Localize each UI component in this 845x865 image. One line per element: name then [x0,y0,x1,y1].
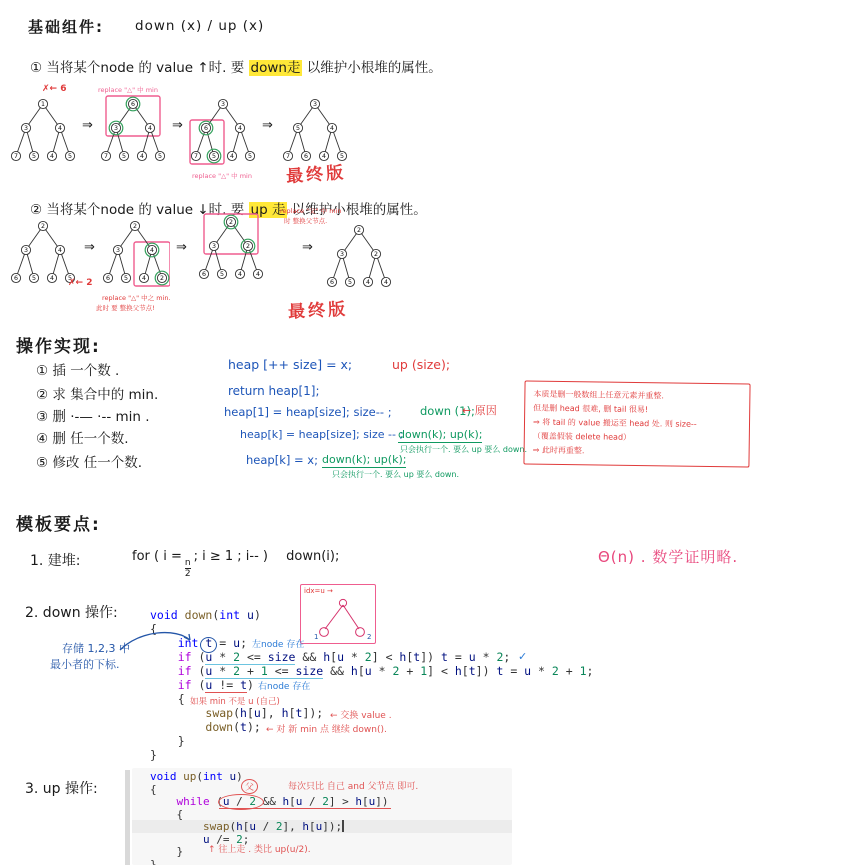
svg-text:4: 4 [384,279,388,286]
svg-text:4: 4 [50,153,54,160]
svg-text:4: 4 [150,247,154,254]
build-heap-label: 1. 建堆: [30,550,81,570]
op-item-5: ⑤ 修改 任一个数. [36,451,142,471]
svg-text:7: 7 [194,153,198,160]
op-5-note: 只会执行一个. 要么 up 要么 down. [332,469,459,480]
svg-text:5: 5 [212,153,216,160]
build-heap-code: for ( i =n2; i ≥ 1 ; i-- ) down(i); [132,549,339,579]
fraction-numerator: n [185,559,191,568]
build-down-call: down(i); [286,549,339,564]
heap-tree-diagram: 2346542 [100,216,170,294]
svg-text:4: 4 [140,153,144,160]
op-2-label: 求 集合中的 min. [52,387,158,403]
svg-text:4: 4 [256,271,260,278]
reason-box: 本质是删一般数组上任意元素并重整. 但是删 head 很难, 删 tail 很易… [523,380,750,467]
complexity-note: Θ(n) . 数学证明略. [598,546,738,567]
point-1-text-post: 以维护小根堆的属性。 [307,60,442,76]
svg-text:4: 4 [366,279,370,286]
parent-annotation: 父 [241,779,258,794]
svg-text:3: 3 [116,247,120,254]
if-note: 如果 min 不是 u (自己) [190,695,280,707]
svg-text:6: 6 [106,275,110,282]
svg-text:4: 4 [238,271,242,278]
arrow-icon: ⇒ [172,118,183,133]
point-1-highlight: down走 [249,60,303,76]
svg-text:2: 2 [133,223,137,230]
fraction-denominator: 2 [185,568,191,579]
op-item-1: ① 插 一个数 . [36,359,119,379]
point-1-number: ① [30,60,42,76]
svg-text:4: 4 [142,275,146,282]
idx-label: idx=u → [304,587,333,595]
margin-note-line2: 最小者的下标. [50,656,120,672]
svg-text:6: 6 [14,275,18,282]
heap-tree-diagram: 2326544 [324,220,394,298]
template-heading: 模板要点: [16,510,101,535]
swap-note: ← 交换 value . [330,708,392,721]
heap-tree-diagram: 3647545 [188,94,258,172]
up-bottom-note: ↑ 往上走 . 类比 up(u/2). [208,842,311,855]
svg-text:3: 3 [114,125,118,132]
svg-text:2: 2 [246,243,250,250]
down-up-formula: down (x) / up (x) [135,18,264,34]
op-5-number: ⑤ [36,455,48,471]
margin-arrow-icon [118,628,198,654]
svg-text:4: 4 [58,125,62,132]
underline-while-condition [219,808,391,809]
point-1: ① 当将某个node 的 value ↑时. 要 down走 以维护小根堆的属性… [30,56,442,76]
svg-text:4: 4 [238,125,242,132]
final-version-label-row1: 最终版 [285,158,347,187]
underline-u-neq-t [205,692,247,693]
svg-text:5: 5 [248,153,252,160]
replace-annotation-row2-t2-line1: replace "△" 中之 min. [102,293,171,302]
svg-text:6: 6 [202,271,206,278]
op-4-downup-call: down(k); up(k); [398,428,482,443]
op-4-code: heap[k] = heap[size]; size -- ; [240,428,403,441]
op-4-note: 只会执行一个. 要么 up 要么 down. [400,444,527,455]
fraction-n-over-2: n2 [185,559,191,579]
underline-left-condition [205,664,295,665]
op-1-up-call: up (size); [392,357,450,372]
op-3-number: ③ [36,409,48,425]
svg-text:5: 5 [296,125,300,132]
svg-text:2: 2 [229,219,233,226]
op-1-number: ① [36,363,48,379]
build-for-pre: for ( i = [132,549,182,564]
replace-annotation-row1-t3: replace "△" 中 min [192,171,252,180]
down-op-label: 2. down 操作: [25,602,118,622]
notes-page: 基础组件: down (x) / up (x) ① 当将某个node 的 val… [0,0,845,865]
svg-text:3: 3 [313,101,317,108]
op-4-label: 删 任一个数. [52,431,128,447]
op-4-number: ④ [36,431,48,447]
op-3-label: 删 ·-— ·-- min . [52,409,149,425]
svg-text:5: 5 [220,271,224,278]
op-3-code: heap[1] = heap[size]; size-- ; [224,405,392,419]
svg-text:7: 7 [286,153,290,160]
op-item-2: ② 求 集合中的 min. [36,383,158,403]
page-title: 基础组件: [28,16,104,37]
svg-text:6: 6 [304,153,308,160]
svg-text:7: 7 [14,153,18,160]
heap-tree-diagram: 1347545 [8,94,78,172]
svg-text:5: 5 [124,275,128,282]
reason-line: ⇒ 此时再重整. [533,444,741,461]
svg-text:3: 3 [221,101,225,108]
svg-text:6: 6 [131,101,135,108]
op-5-code: heap[k] = x; [246,453,318,467]
right-node-exists-note: 右node 存在 [258,679,310,692]
svg-text:4: 4 [50,275,54,282]
build-for-post: ; i ≥ 1 ; i-- ) [194,549,268,564]
reason-arrow-label: ← 原因 [462,402,497,418]
op-item-4: ④ 删 任一个数. [36,427,129,447]
svg-text:2: 2 [357,227,361,234]
check-mark: ✓ [518,650,527,663]
arrow-icon: ⇒ [302,240,313,255]
value-change-annotation-row1: ✗← 6 [42,84,66,94]
svg-text:2: 2 [160,275,164,282]
svg-text:5: 5 [32,153,36,160]
heap-tree-diagram: 2326544 [196,212,266,290]
up-top-note: 每次只比 自己 and 父节点 即可. [288,779,418,792]
svg-text:4: 4 [148,125,152,132]
svg-text:5: 5 [348,279,352,286]
replace-annotation-row2-t3-line2: 时 整换父节点. [284,216,327,225]
arrow-icon: ⇒ [82,118,93,133]
down-code-block: void down(int u){ int t = u; if (u * 2 <… [150,608,593,762]
replace-annotation-row2-t2-line2: 此时 要 整换父节点! [96,303,155,312]
up-op-label: 3. up 操作: [25,778,98,798]
op-2-code: return heap[1]; [228,384,320,398]
svg-text:3: 3 [24,247,28,254]
svg-text:1: 1 [41,101,45,108]
arrow-icon: ⇒ [176,240,187,255]
svg-text:5: 5 [158,153,162,160]
op-1-label: 插 一个数 . [52,363,119,379]
op-item-3: ③ 删 ·-— ·-- min . [36,405,150,425]
down-recursive-note: ← 对 新 min 点 继续 down(). [266,722,387,735]
editor-scrollbar[interactable] [125,770,130,865]
svg-text:5: 5 [32,275,36,282]
replace-annotation-row1-t2: replace "△" 中 min [98,85,158,94]
op-5-label: 修改 任一个数. [52,455,142,471]
svg-text:4: 4 [58,247,62,254]
svg-text:6: 6 [330,279,334,286]
svg-text:4: 4 [330,125,334,132]
svg-text:4: 4 [230,153,234,160]
final-version-label-row2: 最终版 [287,294,348,322]
svg-text:2: 2 [374,251,378,258]
svg-text:3: 3 [24,125,28,132]
ops-heading: 操作实现: [16,332,101,357]
arrow-icon: ⇒ [262,118,273,133]
heap-tree-diagram: 6347545 [98,94,168,172]
op-2-number: ② [36,387,48,403]
arrow-icon: ⇒ [84,240,95,255]
svg-text:5: 5 [68,153,72,160]
circled-t-annotation [200,637,217,653]
point-1-text-pre: 当将某个node 的 value ↑时. 要 [46,60,244,76]
svg-text:3: 3 [340,251,344,258]
value-change-annotation-row2: ✗← 2 [68,278,92,288]
op-5-downup-call: down(k); up(k); [322,453,406,468]
replace-annotation-row2-t3-line1: replace "父" 中 min [280,206,341,215]
svg-text:6: 6 [204,125,208,132]
svg-text:5: 5 [122,153,126,160]
op-1-code: heap [++ size] = x; [228,357,352,372]
svg-text:7: 7 [104,153,108,160]
svg-text:3: 3 [212,243,216,250]
left-node-exists-note: 左node 存在 [252,637,304,650]
text-cursor [342,820,344,832]
svg-text:2: 2 [41,223,45,230]
